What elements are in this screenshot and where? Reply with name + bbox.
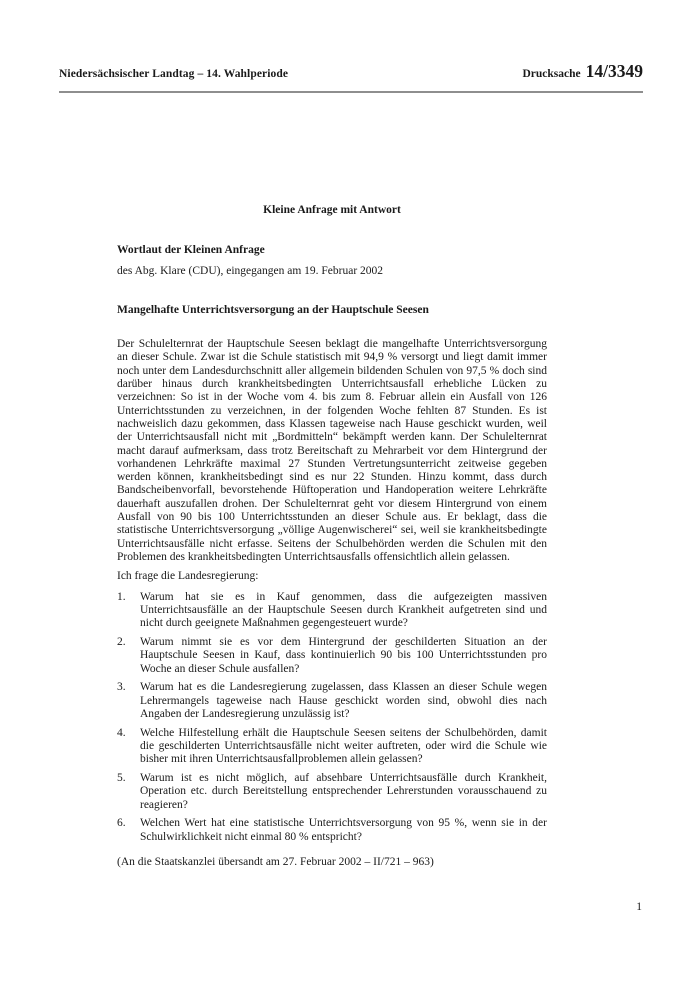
document-title: Kleine Anfrage mit Antwort — [117, 204, 547, 217]
document-page: Niedersächsischer Landtag – 14. Wahlperi… — [0, 0, 700, 990]
question-text: Welchen Wert hat eine statistische Unter… — [140, 817, 547, 844]
page-number: 1 — [636, 901, 642, 914]
question-number: 4. — [117, 727, 140, 767]
question-item: 3. Warum hat es die Landesregierung zuge… — [117, 681, 547, 721]
wortlaut-heading: Wortlaut der Kleinen Anfrage — [117, 244, 547, 257]
question-text: Warum hat sie es in Kauf genommen, dass … — [140, 591, 547, 631]
question-number: 2. — [117, 636, 140, 676]
subject-heading: Mangelhafte Unterrichtsversorgung an der… — [117, 304, 547, 317]
question-item: 6. Welchen Wert hat eine statistische Un… — [117, 817, 547, 844]
header-divider — [59, 91, 643, 93]
parliament-title: Niedersächsischer Landtag – 14. Wahlperi… — [59, 68, 288, 80]
page-header: Niedersächsischer Landtag – 14. Wahlperi… — [59, 61, 643, 82]
question-number: 3. — [117, 681, 140, 721]
question-number: 6. — [117, 817, 140, 844]
drucksache-number: 14/3349 — [586, 61, 643, 81]
document-body: Kleine Anfrage mit Antwort Wortlaut der … — [117, 204, 547, 869]
question-number: 5. — [117, 772, 140, 812]
drucksache-block: Drucksache14/3349 — [522, 61, 643, 82]
question-intro: Ich frage die Landesregierung: — [117, 570, 547, 583]
body-paragraph: Der Schulelternrat der Hauptschule Seese… — [117, 338, 547, 564]
question-text: Welche Hilfestellung erhält die Hauptsch… — [140, 727, 547, 767]
author-line: des Abg. Klare (CDU), eingegangen am 19.… — [117, 265, 547, 278]
question-text: Warum nimmt sie es vor dem Hintergrund d… — [140, 636, 547, 676]
transmittal-note: (An die Staatskanzlei übersandt am 27. F… — [117, 856, 547, 869]
question-item: 4. Welche Hilfestellung erhält die Haupt… — [117, 727, 547, 767]
question-number: 1. — [117, 591, 140, 631]
question-item: 2. Warum nimmt sie es vor dem Hintergrun… — [117, 636, 547, 676]
question-item: 1. Warum hat sie es in Kauf genommen, da… — [117, 591, 547, 631]
question-text: Warum hat es die Landesregierung zugelas… — [140, 681, 547, 721]
question-text: Warum ist es nicht möglich, auf absehbar… — [140, 772, 547, 812]
question-item: 5. Warum ist es nicht möglich, auf abseh… — [117, 772, 547, 812]
drucksache-label: Drucksache — [522, 68, 580, 80]
